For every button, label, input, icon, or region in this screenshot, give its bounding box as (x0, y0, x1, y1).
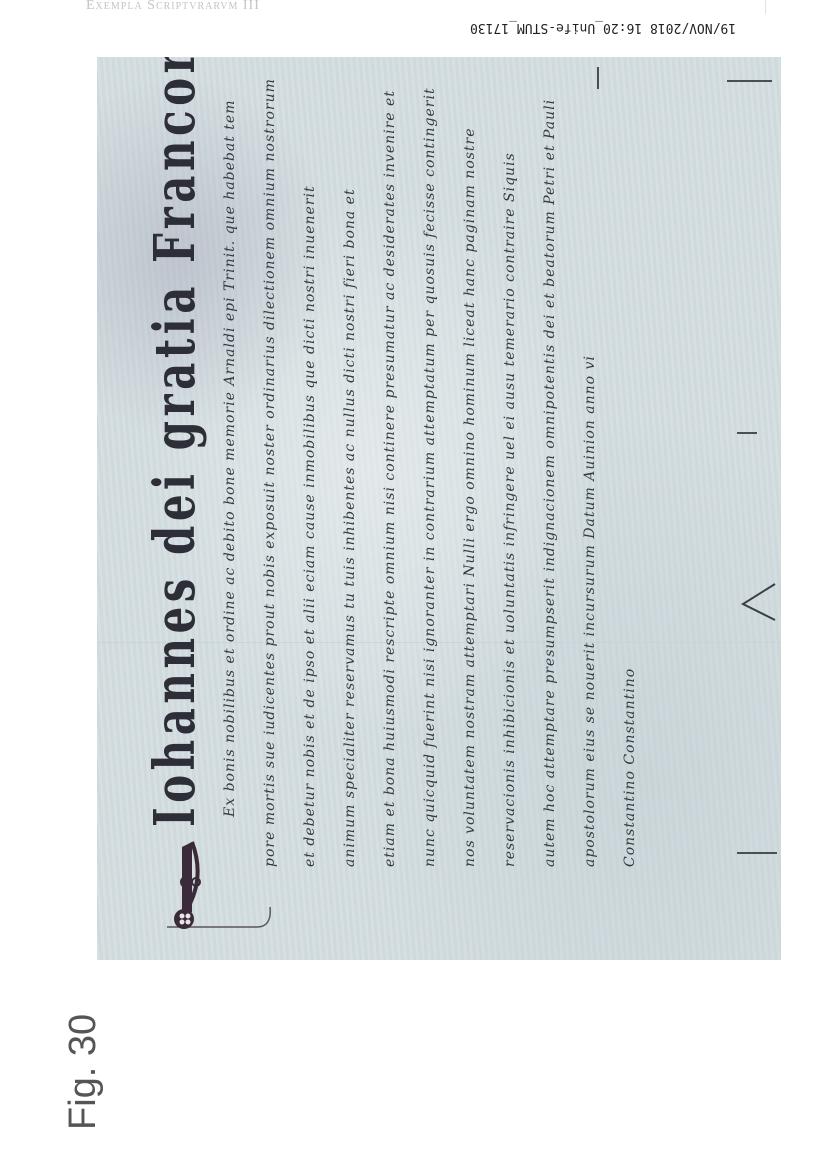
page-corner-mark (765, 0, 806, 14)
charter-line: nunc quicquid fuerint nisi ignoranter in… (422, 87, 438, 867)
running-head: Exempla Scriptvrarvm III (86, 0, 260, 14)
chevron-mark (737, 582, 777, 622)
charter-photograph: Iohannes dei gratia Francorum rex ad fut… (97, 57, 781, 960)
charter-line: etiam et bona huiusmodi rescripte omnium… (382, 90, 398, 867)
charter-line: autem hoc attemptare presumpserit indign… (542, 99, 558, 867)
edge-mark (737, 432, 757, 434)
edge-mark (597, 67, 599, 89)
charter-line: et debetur nobis et de ipso et alii ecia… (302, 185, 318, 867)
charter-heading: Iohannes dei gratia Francorum rex ad fut… (142, 57, 208, 827)
edge-mark (737, 852, 777, 854)
charter-line: Ex bonis nobilibus et ordine ac debito b… (222, 100, 238, 818)
charter-line: nos voluntatem nostram attemptari Nulli … (462, 127, 478, 867)
charter-text-block: Iohannes dei gratia Francorum rex ad fut… (172, 107, 642, 937)
edge-mark (727, 80, 772, 82)
charter-line: Constantino Constantino (622, 668, 638, 867)
charter-line: animum specialiter reservamus tu tuis in… (342, 188, 358, 867)
charter-line: apostolorum eius se nouerit incursurum D… (582, 355, 598, 867)
figure-label: Fig. 30 (62, 1014, 105, 1130)
scan-stamp: 19/NOV/2018 16:20_Unife-STUM_17130 (470, 20, 736, 35)
charter-line: reservacionis inhibicionis et uoluntatis… (502, 152, 518, 867)
charter-line: pore mortis sue iudicentes prout nobis e… (262, 78, 278, 867)
